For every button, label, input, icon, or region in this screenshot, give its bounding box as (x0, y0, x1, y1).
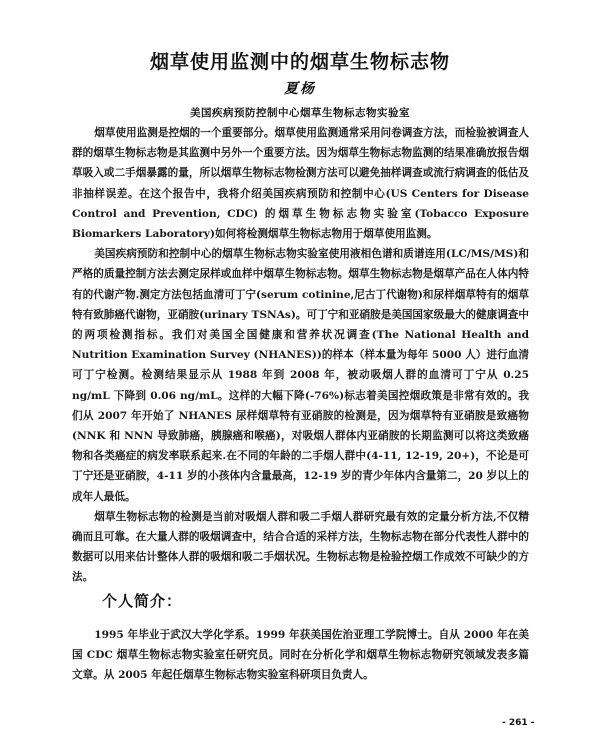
paper-title: 烟草使用监测中的烟草生物标志物 (0, 47, 600, 74)
author-affiliation: 美国疾病预防控制中心烟草生物标志物实验室 (0, 105, 600, 120)
body-paragraph-1: 烟草使用监测是控烟的一个重要部分。烟草使用监测通常采用问卷调查方法，而检验被调查… (72, 123, 529, 244)
document-page: 烟草使用监测中的烟草生物标志物 夏杨 美国疾病预防控制中心烟草生物标志物实验室 … (0, 0, 600, 742)
bio-heading: 个人简介： (102, 590, 182, 611)
body-paragraph-3: 烟草生物标志物的检测是当前对吸烟人群和吸二手烟人群研究最有效的定量分析方法,不仅… (72, 507, 529, 588)
body-paragraph-2: 美国疾病预防和控制中心的烟草生物标志物实验室使用液相色谱和质谱连用(LC/MS/… (72, 244, 529, 507)
page-number: - 261 - (502, 718, 535, 728)
bio-paragraph: 1995 年毕业于武汉大学化学系。1999 年获美国佐治亚理工学院博士。自从 2… (72, 625, 529, 686)
author-name: 夏杨 (0, 78, 600, 98)
bio-body: 1995 年毕业于武汉大学化学系。1999 年获美国佐治亚理工学院博士。自从 2… (72, 625, 529, 686)
abstract-body: 烟草使用监测是控烟的一个重要部分。烟草使用监测通常采用问卷调查方法，而检验被调查… (72, 123, 529, 588)
